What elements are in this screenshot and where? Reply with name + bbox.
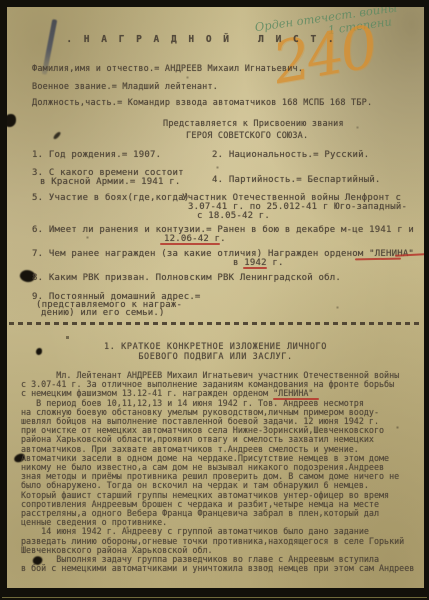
field-birth-year: 1. Год рождения.= 1907. [32, 150, 161, 160]
field-nationality: 2. Национальность.= Русский. [212, 150, 369, 160]
section-heading-line1: 1. КРАТКОЕ КОНКРЕТНОЕ ИЗЛОЖЕНИЕ ЛИЧНОГО [7, 342, 424, 352]
field-enlisted: 8. Каким РВК призван. Полновским РВК Лен… [32, 273, 341, 283]
red-underline-mark [160, 243, 220, 245]
field-name: Фамилия,имя и отчество.= АНДРЕЕВ Михаил … [32, 64, 303, 74]
dashed-separator [9, 322, 422, 325]
field-battles-line3: с 18.05-42 г. [197, 211, 270, 221]
document-paper: Орден отечест. войны 1 степени 240 . Н А… [7, 7, 424, 588]
document-title: . Н А Г Р А Д Н О Й Л И С Т . [7, 34, 410, 45]
field-service-since-line2: в Красной Армии.= 1941 г. [40, 177, 180, 187]
field-address-line3: дению) или его семьи.) [41, 308, 165, 318]
photo-frame: Орден отечест. войны 1 степени 240 . Н А… [0, 0, 429, 600]
red-underline-mark [243, 267, 267, 269]
typed-line: в бой с немецкими автоматчиками и уничто… [21, 564, 420, 573]
photo-bottom-edge [2, 597, 427, 598]
paper-specks [7, 7, 8, 8]
ink-blot [53, 131, 62, 140]
field-battles-label: 5. Участие в боях(где,когда) [32, 193, 189, 203]
ink-blot [7, 114, 16, 127]
presented-line1: Представляется к Присвоению звания [163, 119, 344, 129]
field-rank: Военное звание.= Младший лейтенант. [32, 82, 218, 92]
citation-body: Мл. Лейтенант АНДРЕЕВ Михаил Игнатьевич … [21, 371, 420, 573]
field-party: 4. Партийность.= Беспартийный. [212, 175, 381, 185]
section-heading-line2: БОЕВОГО ПОДВИГА ИЛИ ЗАСЛУГ. [7, 352, 424, 362]
red-underline-mark [273, 398, 319, 400]
presented-line2: ГЕРОЯ СОВЕТСКОГО СОЮЗА. [186, 131, 308, 141]
field-position: Должность,часть.= Командир взвода автома… [32, 98, 372, 108]
red-underline-mark [355, 258, 401, 260]
